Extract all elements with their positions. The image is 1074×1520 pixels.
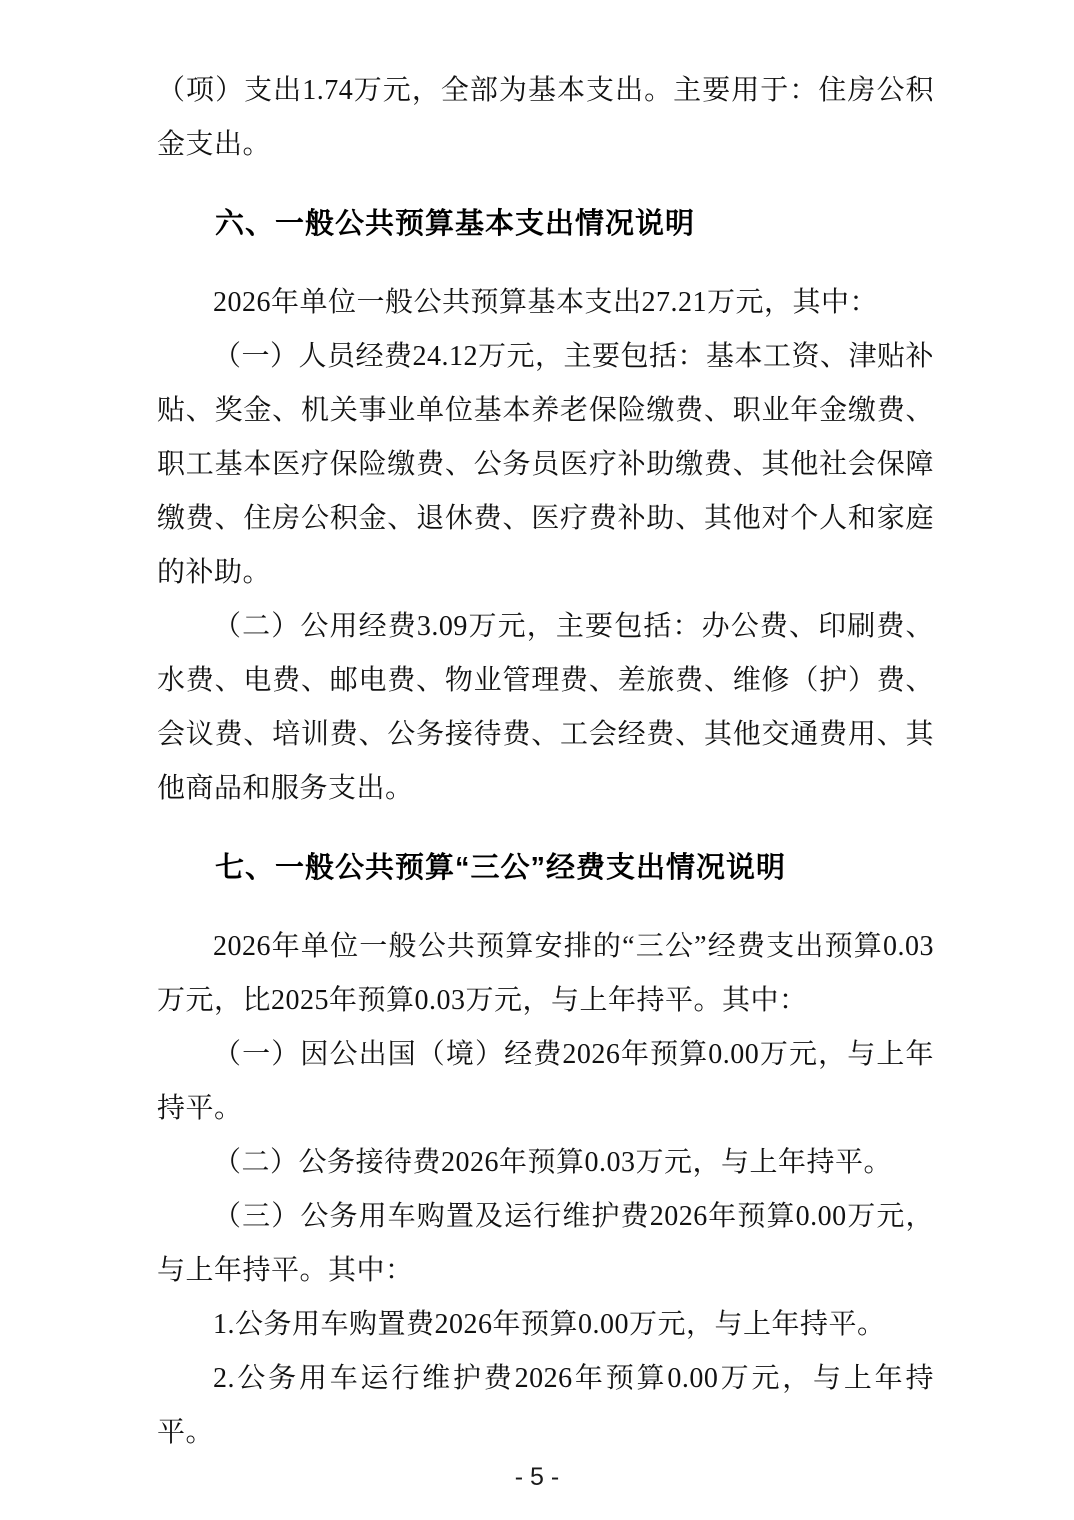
paragraph-official-vehicles: （三）公务用车购置及运行维护费2026年预算0.00万元，与上年持平。其中： [157, 1190, 934, 1298]
paragraph-vehicle-purchase: 1.公务用车购置费2026年预算0.00万元，与上年持平。 [157, 1298, 934, 1352]
document-body: （项）支出1.74万元，全部为基本支出。主要用于：住房公积金支出。 六、一般公共… [157, 64, 934, 1460]
paragraph-personnel-funds: （一）人员经费24.12万元，主要包括：基本工资、津贴补贴、奖金、机关事业单位基… [157, 330, 934, 600]
paragraph-public-funds: （二）公用经费3.09万元，主要包括：办公费、印刷费、水费、电费、邮电费、物业管… [157, 600, 934, 816]
paragraph-vehicle-maintenance: 2.公务用车运行维护费2026年预算0.00万元，与上年持平。 [157, 1352, 934, 1460]
paragraph-official-reception: （二）公务接待费2026年预算0.03万元，与上年持平。 [157, 1136, 934, 1190]
paragraph-basic-expenditure-total: 2026年单位一般公共预算基本支出27.21万元，其中： [157, 276, 934, 330]
section-heading-7: 七、一般公共预算“三公”经费支出情况说明 [157, 841, 934, 895]
document-page: （项）支出1.74万元，全部为基本支出。主要用于：住房公积金支出。 六、一般公共… [0, 0, 1074, 1520]
paragraph-overseas-trips: （一）因公出国（境）经费2026年预算0.00万元，与上年持平。 [157, 1028, 934, 1136]
paragraph-three-public-total: 2026年单位一般公共预算安排的“三公”经费支出预算0.03万元，比2025年预… [157, 920, 934, 1028]
paragraph-overflow-continuation: （项）支出1.74万元，全部为基本支出。主要用于：住房公积金支出。 [157, 64, 934, 172]
section-heading-6: 六、一般公共预算基本支出情况说明 [157, 197, 934, 251]
page-number: - 5 - [0, 1463, 1074, 1492]
